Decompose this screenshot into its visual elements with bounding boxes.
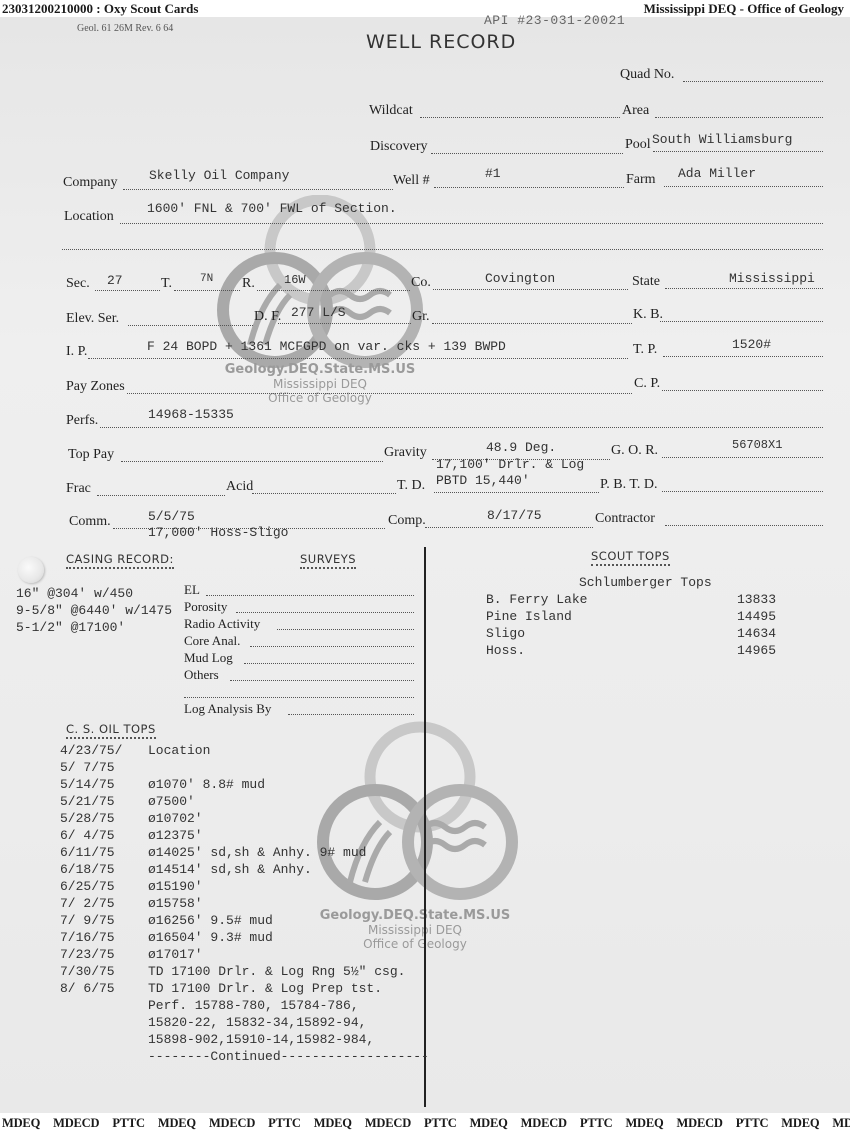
oil-top-row: 7/30/75TD 17100 Drlr. & Log Rng 5½" csg. [60, 964, 429, 981]
comp-value: 8/17/75 [487, 508, 542, 523]
wildcat-label: Wildcat [369, 103, 413, 119]
well-no-label: Well # [393, 173, 430, 189]
area-field [655, 117, 823, 118]
gravity-value: 48.9 Deg. [486, 440, 556, 455]
location-value: 1600' FNL & 700' FWL of Section. [147, 201, 397, 216]
oil-top-row: 7/23/75ø17017' [60, 947, 429, 964]
well-no-value: #1 [485, 166, 501, 181]
oil-top-row: 7/16/75ø16504' 9.3# mud [60, 930, 429, 947]
banner-record-id: 23031200210000 : Oxy Scout Cards [2, 0, 198, 17]
gravity-label: Gravity [384, 445, 427, 461]
sec-field [95, 290, 160, 291]
range-label: R. [242, 276, 255, 292]
td-field [434, 492, 599, 493]
perfs-value: 14968-15335 [148, 407, 234, 422]
oil-top-row: 5/21/75ø7500' [60, 794, 429, 811]
scout-tops-table: B. Ferry Lake13833 Pine Island14495 Slig… [486, 592, 776, 660]
kb-label: K. B. [633, 307, 663, 323]
contractor-label: Contractor [595, 511, 655, 527]
oil-top-row: 5/14/75ø1070' 8.8# mud [60, 777, 429, 794]
oil-top-row: 6/ 4/75ø12375' [60, 828, 429, 845]
api-number: API #23-031-20021 [484, 13, 625, 28]
survey-item-mud-log: Mud Log [184, 650, 414, 667]
form-code: Geol. 61 26M Rev. 6 64 [77, 23, 173, 34]
farm-value: Ada Miller [678, 166, 756, 181]
survey-item-blank [184, 684, 414, 701]
ip-field [88, 358, 628, 359]
discovery-field [431, 153, 623, 154]
watermark-text-top: Geology.DEQ.State.MS.US Mississippi DEQ … [205, 362, 435, 405]
oil-top-row: 6/11/75ø14025' sd,sh & Anhy. 9# mud [60, 845, 429, 862]
comm-note: 17,000' Hoss-Sligo [148, 525, 288, 540]
surveys-list: EL Porosity Radio Activity Core Anal. Mu… [184, 582, 414, 718]
well-record-card: Geology.DEQ.State.MS.US Mississippi DEQ … [0, 17, 850, 1113]
range-field [257, 290, 410, 291]
top-pay-label: Top Pay [68, 447, 114, 463]
sec-value: 27 [107, 273, 123, 288]
frac-field [97, 495, 225, 496]
township-field [174, 290, 240, 291]
td-value: PBTD 15,440' [436, 473, 530, 488]
perfs-field [100, 427, 823, 428]
top-pay-field [121, 461, 383, 462]
comp-field [425, 527, 593, 528]
oil-tops-log: 4/23/75/Location 5/ 7/75 5/14/75ø1070' 8… [60, 743, 429, 1066]
survey-item-others: Others [184, 667, 414, 684]
td-label: T. D. [397, 478, 425, 494]
oil-top-row: 15820-22, 15832-34,15892-94, [60, 1015, 429, 1032]
oil-top-row: Perf. 15788-780, 15784-786, [60, 998, 429, 1015]
survey-item-core-anal: Core Anal. [184, 633, 414, 650]
df-field [278, 323, 411, 324]
oil-top-row: 6/18/75ø14514' sd,sh & Anhy. [60, 862, 429, 879]
scout-top-row: B. Ferry Lake13833 [486, 592, 776, 609]
area-label: Area [622, 103, 649, 119]
casing-record-heading: CASING RECORD: [66, 552, 174, 569]
county-field [433, 289, 628, 290]
survey-item-radio-activity: Radio Activity [184, 616, 414, 633]
oil-top-row: 5/28/75ø10702' [60, 811, 429, 828]
well-no-field [434, 187, 624, 188]
county-value: Covington [485, 271, 555, 286]
acid-label: Acid [226, 479, 253, 495]
pool-value: South Williamsburg [652, 132, 792, 147]
punch-hole [18, 557, 44, 583]
company-field [123, 189, 393, 190]
oil-top-row: 7/ 2/75ø15758' [60, 896, 429, 913]
quad-no-label: Quad No. [620, 67, 674, 83]
oil-top-row: 4/23/75/Location [60, 743, 429, 760]
county-label: Co. [411, 275, 431, 291]
wildcat-field [420, 117, 620, 118]
comp-label: Comp. [388, 513, 426, 529]
casing-record-list: 16" @304' w/450 9-5/8" @6440' w/1475 5-1… [16, 585, 172, 636]
gr-field [432, 323, 632, 324]
oil-top-row: 7/ 9/75ø16256' 9.5# mud [60, 913, 429, 930]
survey-item-log-analysis-by: Log Analysis By [184, 701, 414, 718]
casing-row: 9-5/8" @6440' w/1475 [16, 602, 172, 619]
oil-top-row-continued: --------Continued------------------- [60, 1049, 429, 1066]
gor-value: 56708X1 [732, 438, 782, 452]
oil-top-row: 6/25/75ø15190' [60, 879, 429, 896]
oil-top-row: 5/ 7/75 [60, 760, 429, 777]
gr-label: Gr. [412, 309, 430, 325]
pbtd-field [662, 491, 823, 492]
company-value: Skelly Oil Company [149, 168, 289, 183]
tp-field [663, 356, 823, 357]
oil-tops-heading: C. S. OIL TOPS [66, 722, 156, 739]
oil-top-row: 8/ 6/75TD 17100 Drlr. & Log Prep tst. [60, 981, 429, 998]
ip-label: I. P. [66, 344, 87, 360]
casing-row: 5-1/2" @17100' [16, 619, 172, 636]
state-value: Mississippi [729, 271, 815, 286]
df-value: 277 L/S [291, 305, 346, 320]
gor-label: G. O. R. [611, 443, 658, 459]
farm-label: Farm [626, 172, 656, 188]
quad-no-field [683, 81, 823, 82]
oil-top-row: 15898-902,15910-14,15982-984, [60, 1032, 429, 1049]
scout-tops-subheading: Schlumberger Tops [579, 575, 712, 590]
survey-item-porosity: Porosity [184, 599, 414, 616]
pay-zones-label: Pay Zones [66, 379, 125, 395]
scout-top-row: Hoss.14965 [486, 643, 776, 660]
kb-field [660, 321, 823, 322]
discovery-label: Discovery [370, 139, 428, 155]
tp-value: 1520# [732, 337, 771, 352]
pool-field [653, 151, 823, 152]
township-value: 7N [200, 273, 213, 285]
range-value: 16W [284, 273, 306, 287]
township-label: T. [161, 276, 172, 292]
scout-top-row: Sligo14634 [486, 626, 776, 643]
casing-row: 16" @304' w/450 [16, 585, 172, 602]
frac-label: Frac [66, 481, 91, 497]
location-field [120, 223, 823, 224]
tp-label: T. P. [633, 342, 657, 358]
pool-label: Pool [625, 137, 651, 153]
location-field-line-2 [62, 249, 823, 250]
scout-tops-heading: SCOUT TOPS [591, 549, 670, 566]
comm-label: Comm. [69, 514, 111, 530]
document-footer: MDEQMDECDPTTCMDEQMDECDPTTCMDEQMDECDPTTCM… [0, 1113, 850, 1133]
document-banner: 23031200210000 : Oxy Scout Cards Mississ… [0, 0, 850, 17]
company-label: Company [63, 175, 117, 191]
cp-field [662, 390, 823, 391]
acid-field [252, 493, 396, 494]
banner-source: Mississippi DEQ - Office of Geology [644, 0, 844, 17]
comm-value: 5/5/75 [148, 509, 195, 524]
contractor-field [665, 525, 823, 526]
sec-label: Sec. [66, 276, 90, 292]
cp-label: C. P. [634, 376, 660, 392]
perfs-label: Perfs. [66, 413, 98, 429]
state-label: State [632, 274, 660, 290]
elev-ser-label: Elev. Ser. [66, 311, 119, 327]
elev-ser-field [128, 325, 253, 326]
surveys-heading: SURVEYS [300, 552, 356, 569]
td-note: 17,100' Drlr. & Log [436, 457, 584, 472]
pbtd-label: P. B. T. D. [600, 477, 657, 493]
location-label: Location [64, 209, 114, 225]
gor-field [662, 457, 823, 458]
pay-zones-field [127, 393, 632, 394]
scout-top-row: Pine Island14495 [486, 609, 776, 626]
state-field [665, 288, 823, 289]
survey-item-el: EL [184, 582, 414, 599]
farm-field [664, 186, 823, 187]
page-title: WELL RECORD [366, 31, 516, 53]
ip-value: F 24 BOPD + 1361 MCFGPD on var. cks + 13… [147, 339, 506, 354]
